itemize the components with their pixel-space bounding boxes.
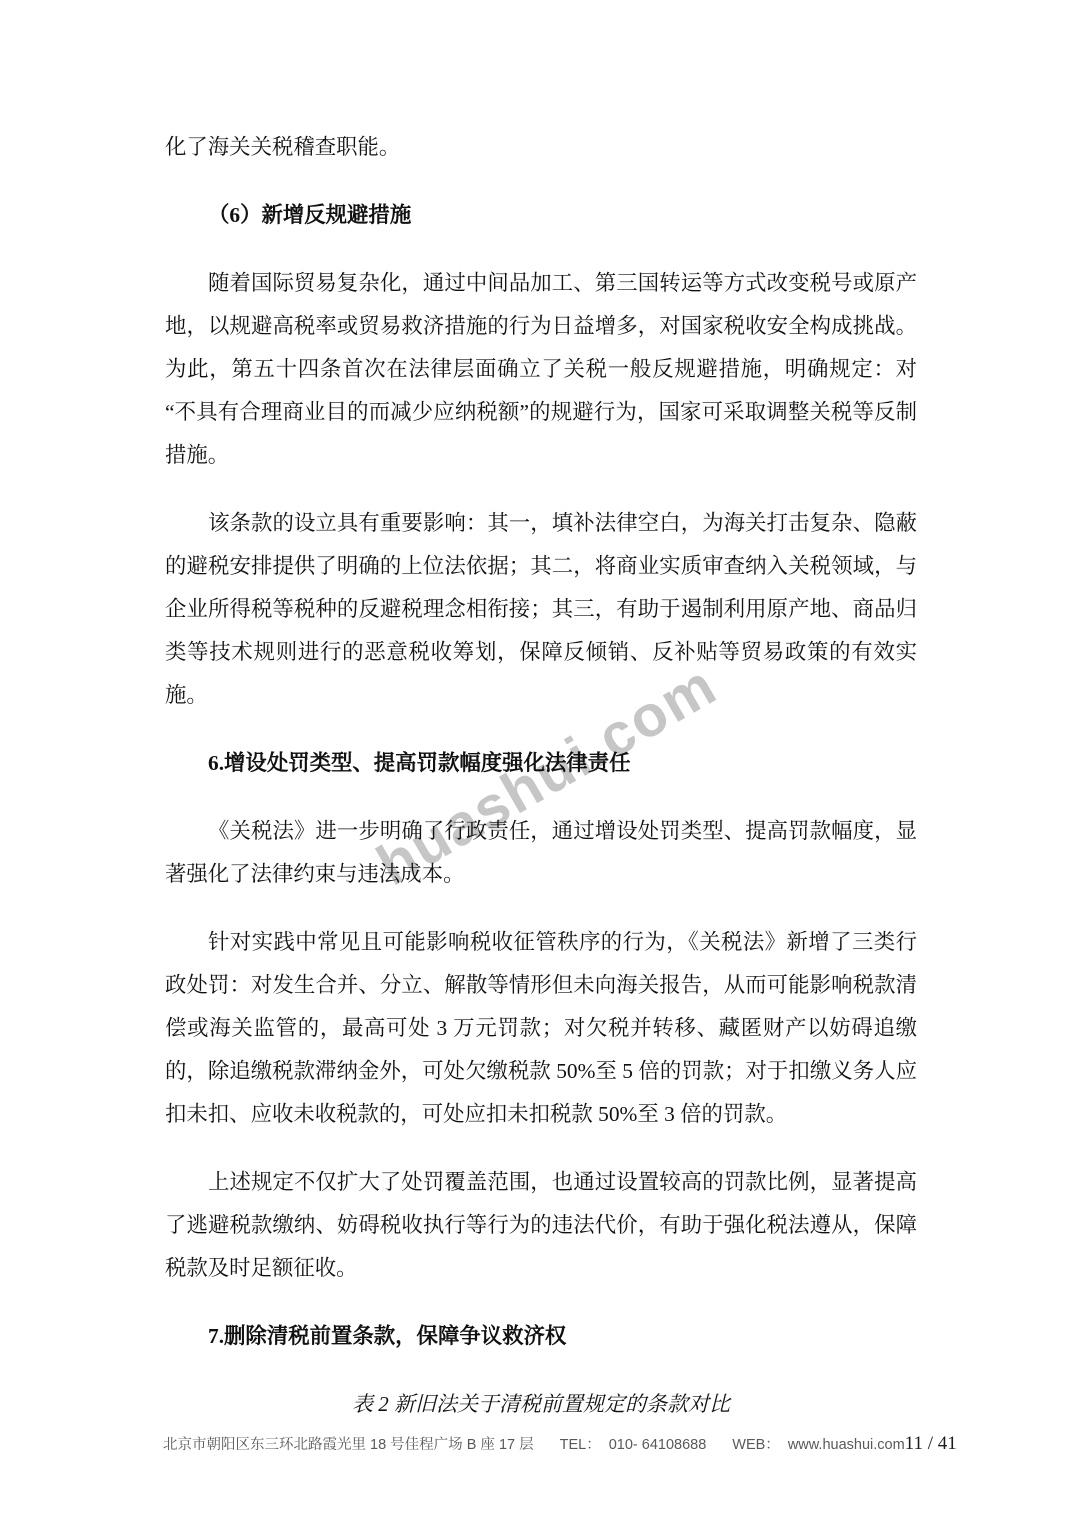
body-paragraph: 针对实践中常见且可能影响税收征管秩序的行为，《关税法》新增了三类行政处罚：对发生… [165, 921, 917, 1136]
document-content: 化了海关关税稽查职能。 （6）新增反规避措施 随着国际贸易复杂化，通过中间品加工… [165, 126, 917, 1426]
footer-web-label: WEB： [732, 1437, 780, 1453]
document-page: huashui.com 化了海关关税稽查职能。 （6）新增反规避措施 随着国际贸… [0, 0, 1080, 1528]
footer-web-value: www.huashui.com [788, 1437, 905, 1453]
page-number: 11 / 41 [905, 1433, 957, 1455]
section-heading-6: 6.增设处罚类型、提高罚款幅度强化法律责任 [165, 742, 917, 785]
body-paragraph-continued: 化了海关关税稽查职能。 [165, 126, 917, 169]
table-caption: 表 2 新旧法关于清税前置规定的条款对比 [165, 1383, 917, 1426]
body-paragraph: 该条款的设立具有重要影响：其一，填补法律空白，为海关打击复杂、隐蔽的避税安排提供… [165, 502, 917, 717]
footer-address: 北京市朝阳区东三环北路霞光里 18 号佳程广场 B 座 17 层 [163, 1437, 534, 1453]
body-paragraph: 上述规定不仅扩大了处罚覆盖范围，也通过设置较高的罚款比例，显著提高了逃避税款缴纳… [165, 1161, 917, 1290]
footer-tel-value: 010- 64108688 [609, 1437, 707, 1453]
section-heading-7: 7.删除清税前置条款，保障争议救济权 [165, 1315, 917, 1358]
body-paragraph: 《关税法》进一步明确了行政责任，通过增设处罚类型、提高罚款幅度，显著强化了法律约… [165, 810, 917, 896]
section-heading-6-sub6: （6）新增反规避措施 [165, 194, 917, 237]
footer-contact-line: 北京市朝阳区东三环北路霞光里 18 号佳程广场 B 座 17 层TEL：010-… [163, 1433, 905, 1454]
footer-tel-label: TEL： [560, 1437, 601, 1453]
body-paragraph: 随着国际贸易复杂化，通过中间品加工、第三国转运等方式改变税号或原产地，以规避高税… [165, 262, 917, 477]
page-footer: 北京市朝阳区东三环北路霞光里 18 号佳程广场 B 座 17 层TEL：010-… [163, 1433, 908, 1455]
